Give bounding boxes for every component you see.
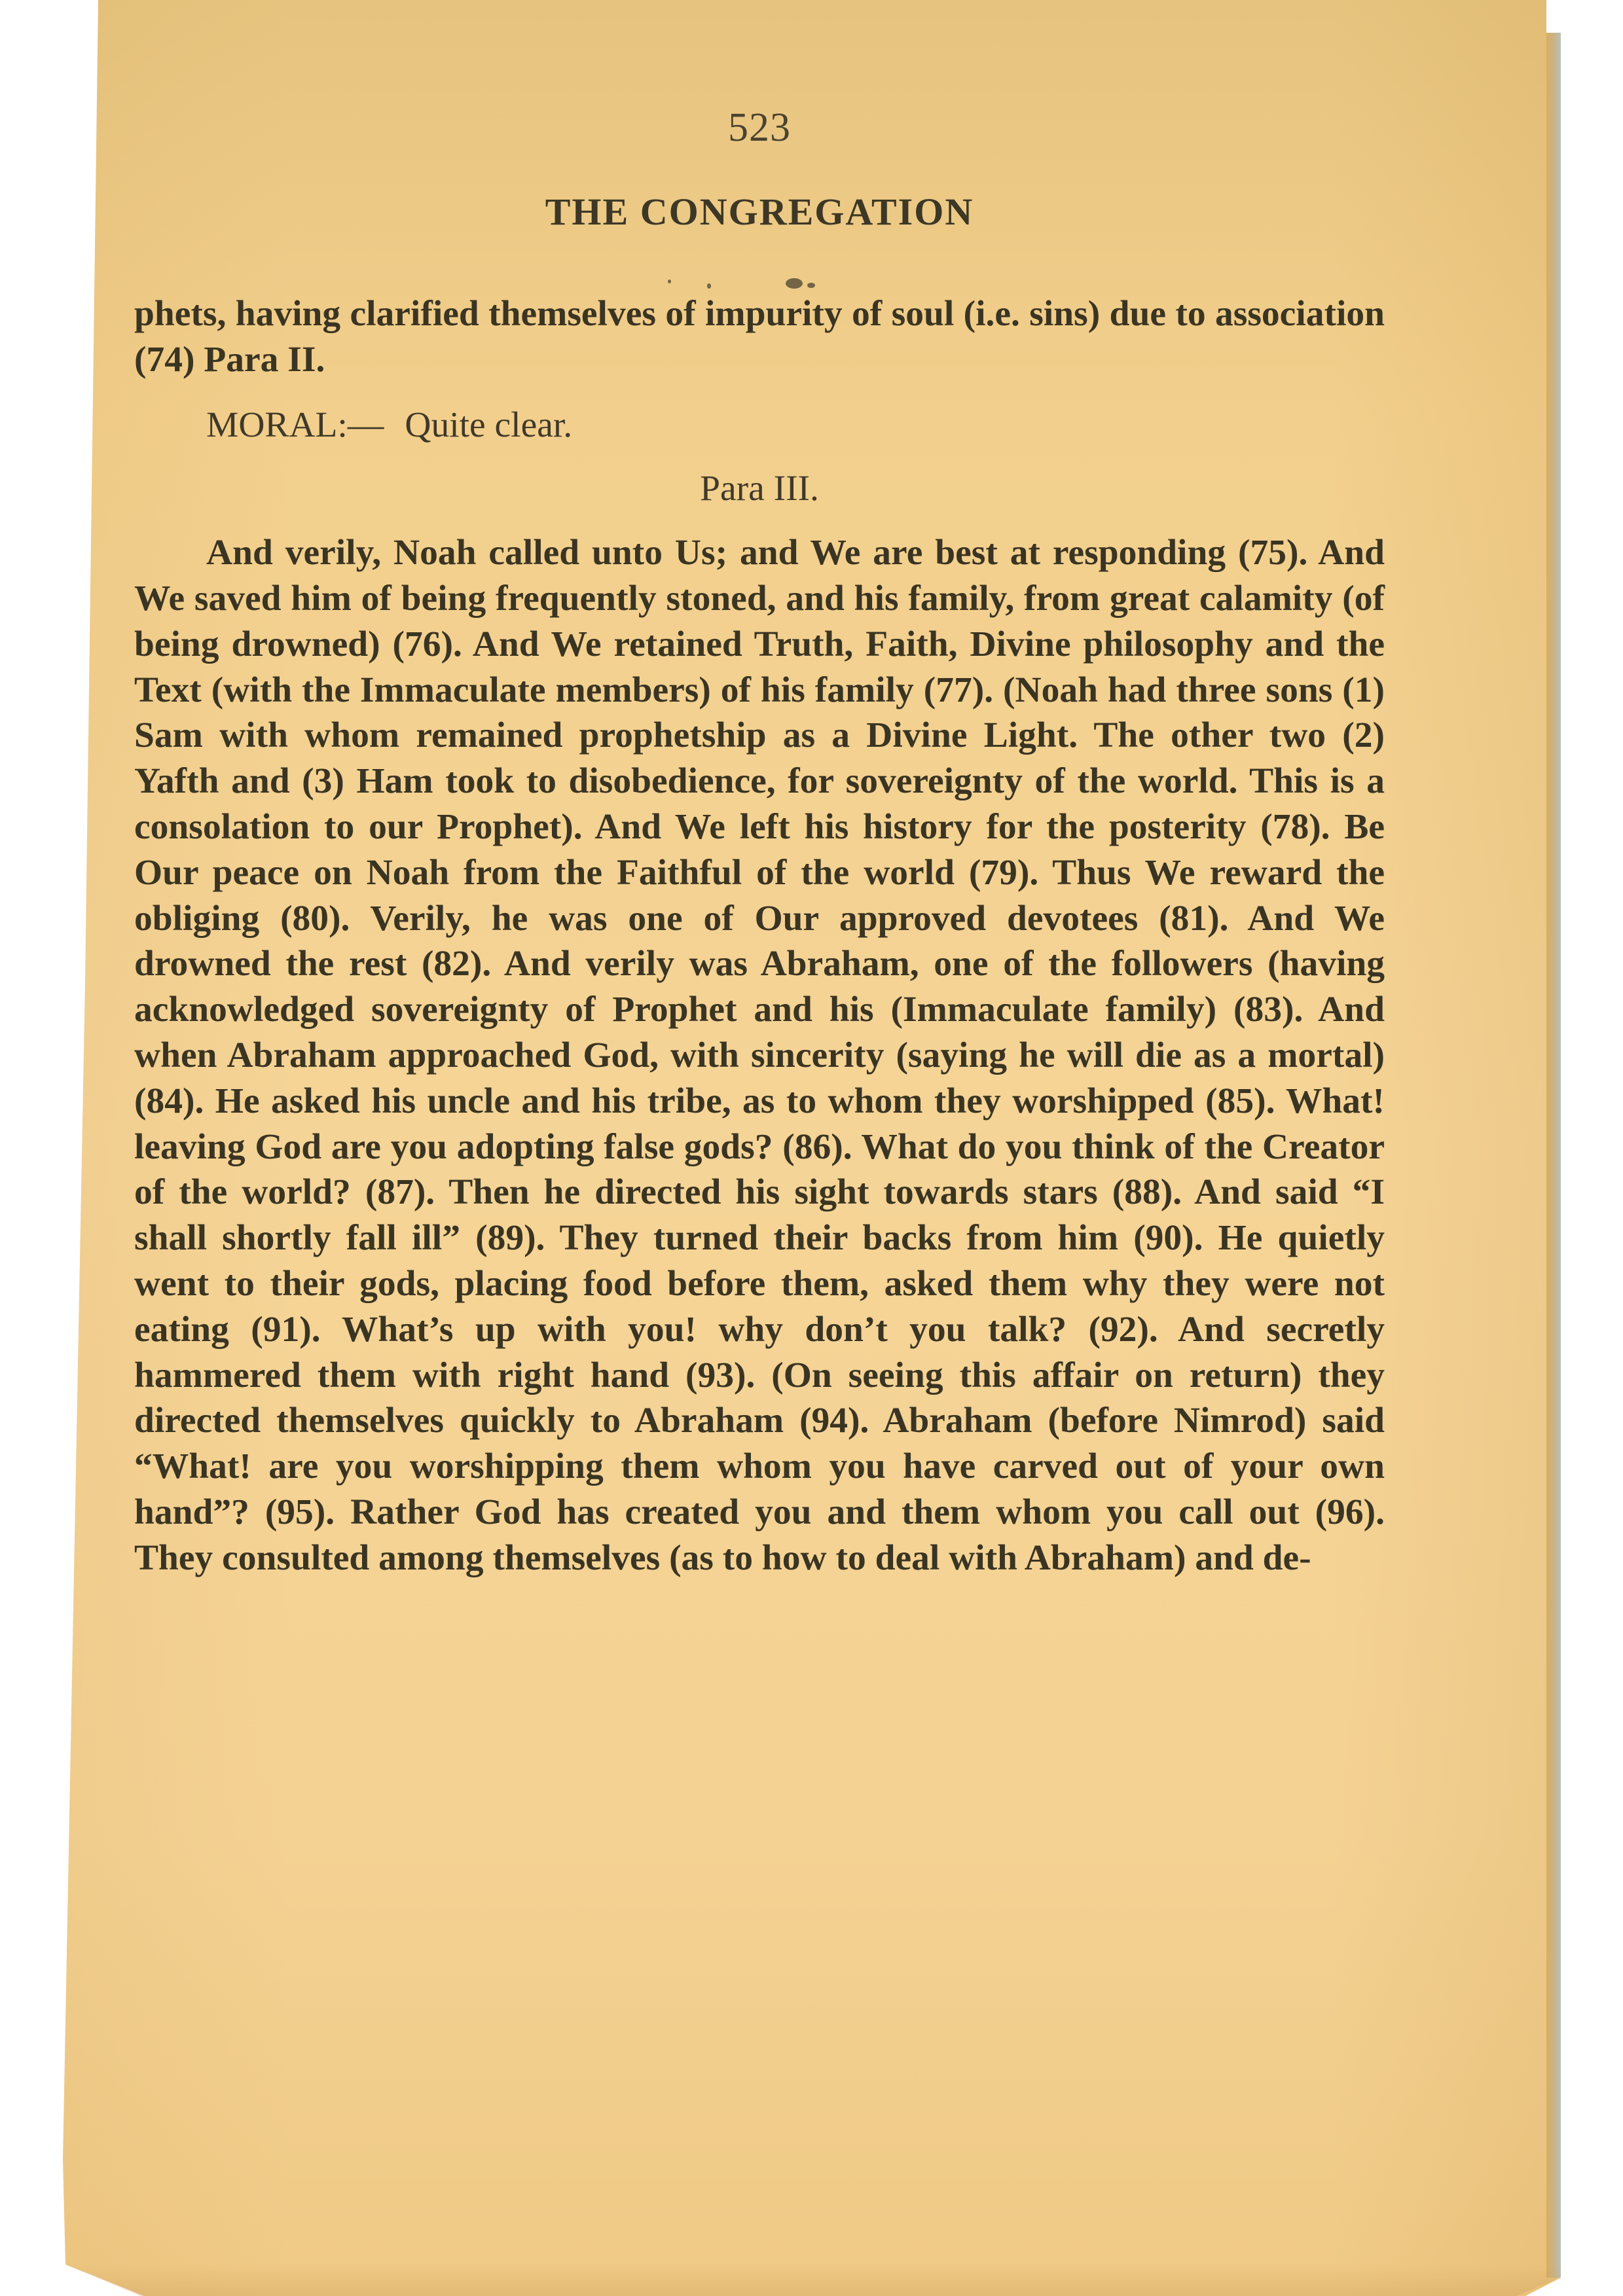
continuation-paragraph: phets, having clarified themselves of im…	[134, 291, 1385, 383]
para-heading: Para III.	[134, 466, 1385, 512]
main-paragraph: And verily, Noah called unto Us; and We …	[134, 530, 1385, 1581]
page-number: 523	[134, 105, 1385, 151]
running-head-title: THE CONGREGATION	[134, 190, 1385, 234]
page-edge-shadow	[1546, 33, 1561, 2278]
moral-label: MORAL:—	[206, 405, 384, 445]
ink-speck	[707, 283, 711, 289]
ink-speck	[668, 279, 671, 283]
moral-value: Quite clear.	[405, 405, 572, 445]
page-bottom-curl	[65, 2265, 1561, 2296]
body-text: phets, having clarified themselves of im…	[134, 291, 1385, 1581]
ink-speck	[807, 283, 815, 288]
ink-speck	[786, 278, 803, 289]
moral-line: MORAL:—Quite clear.	[134, 403, 1385, 448]
